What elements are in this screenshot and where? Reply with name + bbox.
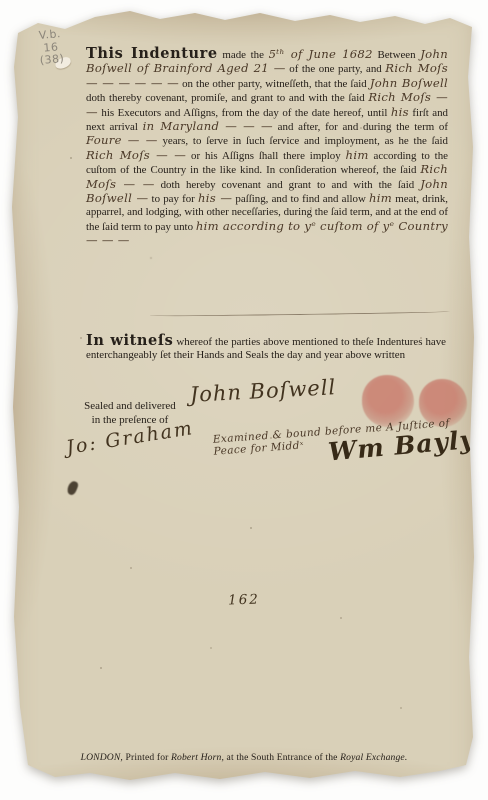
blackletter-text: In witneſs: [86, 332, 173, 349]
printed-text: Royal Exchange.: [340, 752, 407, 763]
printed-text: to pay for: [148, 193, 198, 205]
shelfmark-line: (38): [29, 52, 76, 68]
handwritten-text: his: [391, 105, 409, 119]
handwritten-text: Rich Moſs — —: [86, 148, 186, 162]
printed-text: Between: [373, 49, 420, 61]
printed-text: Robert Horn,: [171, 752, 224, 763]
printed-text: his Executors and Aſſigns, from the day …: [98, 107, 391, 119]
handwritten-text: in Maryland — — —: [143, 119, 273, 133]
handwritten-text: him: [346, 148, 369, 162]
scanned-document-view: V.b. 16 (38) This Indenture made the 5ᵗʰ…: [0, 0, 488, 800]
paper-speckles: [10, 7, 12, 9]
handwritten-text: his —: [198, 191, 232, 205]
printed-text: doth thereby covenant, promiſe, and gran…: [86, 92, 368, 104]
printer-imprint: LONDON, Printed for Robert Horn, at the …: [44, 752, 444, 763]
paper-sheet: V.b. 16 (38) This Indenture made the 5ᵗʰ…: [10, 7, 478, 793]
printed-text: paſſing, and to find and allow: [232, 193, 369, 205]
handwritten-page-number: 162: [204, 591, 285, 610]
printed-text: made the: [218, 49, 269, 61]
witness-clause-paragraph: In witneſs whereof the parties above men…: [86, 334, 446, 363]
printed-text: on the other party, witneſſeth, that the…: [179, 78, 370, 90]
printed-text: Printed for: [123, 752, 171, 763]
printed-text: doth hereby covenant and grant to and wi…: [155, 179, 421, 191]
printed-text: of the one party, and: [286, 63, 386, 75]
blackletter-text: This Indenture: [86, 45, 218, 62]
pen-flourish-line: [150, 310, 450, 317]
handwritten-text: 5ᵗʰ of June 1682: [269, 47, 373, 61]
paper-surface: V.b. 16 (38) This Indenture made the 5ᵗʰ…: [10, 7, 478, 793]
printed-text: and after, for and during the term of: [273, 121, 448, 133]
printed-text: at the South Entrance of the: [224, 752, 340, 763]
indenture-opening-paragraph: This Indenture made the 5ᵗʰ of June 1682…: [86, 47, 448, 249]
printed-text: LONDON,: [81, 752, 123, 763]
printed-text: years, to ſerve in ſuch ſervice and impl…: [158, 135, 448, 147]
handwritten-text: Foure — —: [86, 133, 158, 147]
sealed-delivered-line: Sealed and delivered: [60, 400, 200, 414]
shelfmark-pencil-note: V.b. 16 (38): [26, 27, 75, 68]
handwritten-text: John Boſwell: [370, 76, 448, 90]
printed-text: or his Aſſigns ſhall there imploy: [186, 150, 345, 162]
ink-blot: [66, 480, 80, 496]
handwritten-text: him: [369, 191, 392, 205]
